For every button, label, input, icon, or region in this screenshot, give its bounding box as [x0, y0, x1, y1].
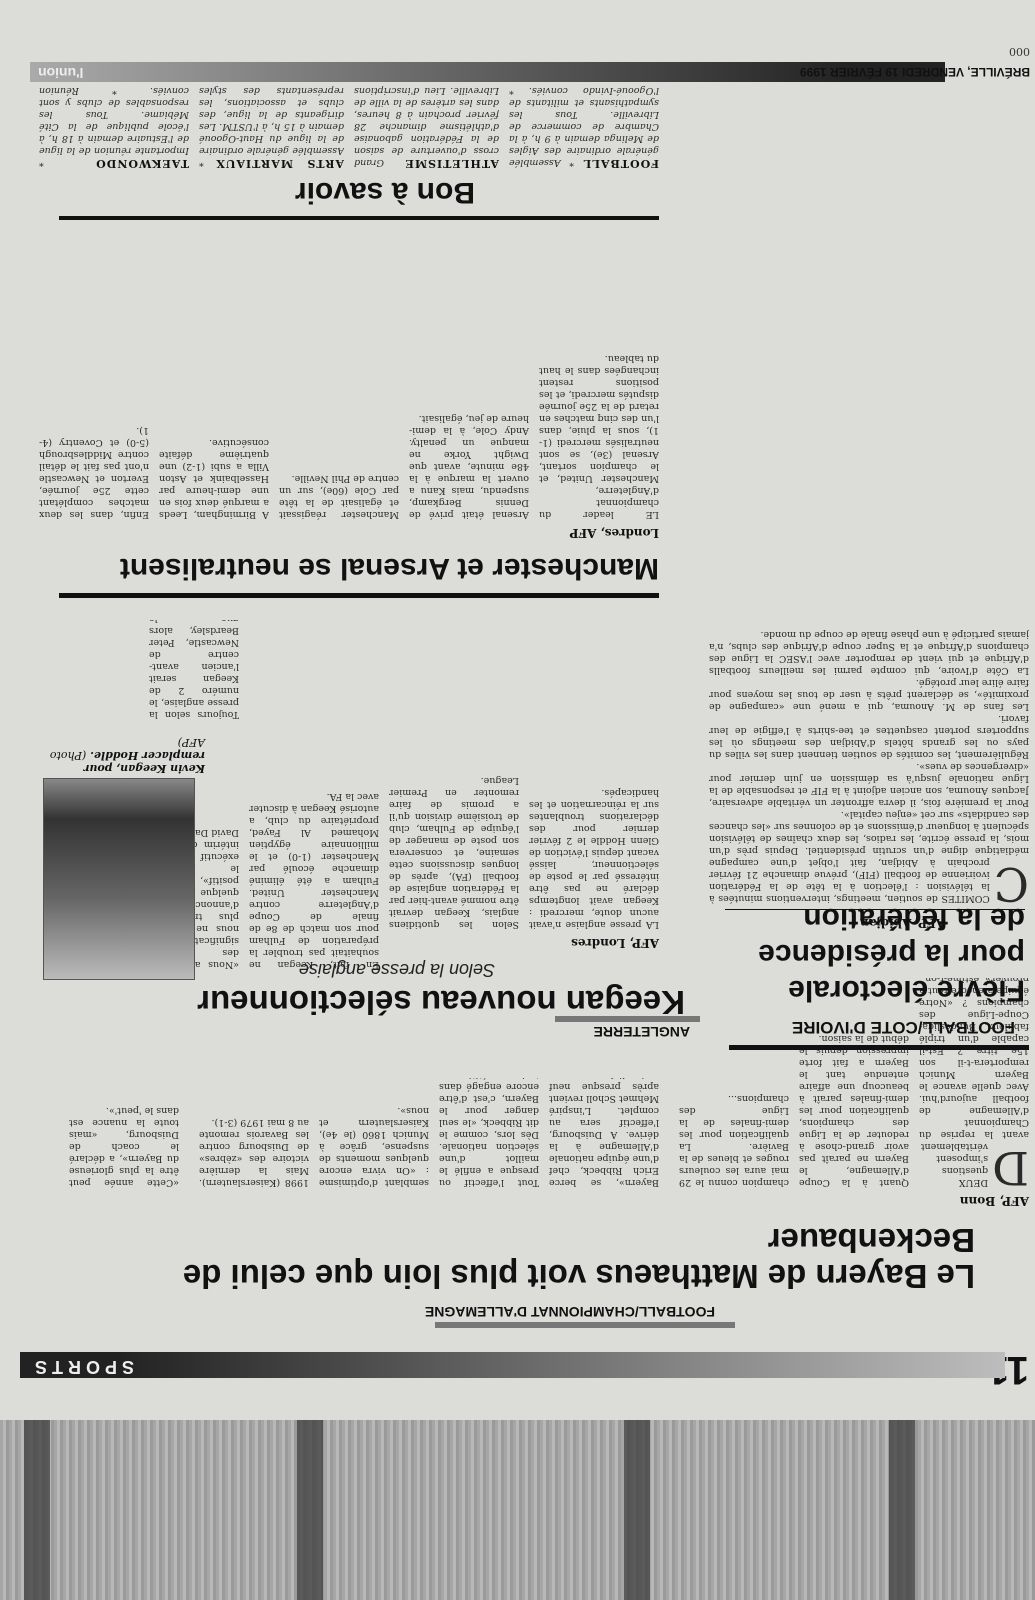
- divider: [725, 909, 1025, 910]
- newspaper-page: 11 SPORTS FOOTBALL/CHAMPIONNAT D'ALLEMAG…: [0, 0, 1035, 1600]
- bayern-col-4: Bayern», se berce Erich Ribbeck, chef d'…: [549, 1078, 659, 1188]
- bon-a-savoir-headline: Bon à savoir: [295, 174, 475, 210]
- manchester-col-3: Manchester réagissait et égalisait de la…: [279, 220, 399, 520]
- bayern-headline: Le Bayern de Matthaeus voit plus loin qu…: [55, 1222, 975, 1294]
- manchester-col-4: A Birmingham, Leeds a marqué deux fois e…: [159, 220, 269, 520]
- section-rule: [729, 1045, 1029, 1050]
- manchester-col-1: LE leader du championnat d'Angleterre, M…: [539, 220, 659, 520]
- bayern-col-2: Quant à la Coupe d'Allemagne, le Bayern …: [799, 978, 909, 1188]
- scan-margin: [0, 1420, 1035, 1600]
- drop-cap: C: [994, 864, 1029, 904]
- bayern-col-6: semblant d'optimisme : «On vivra encore …: [319, 1078, 429, 1188]
- manchester-byline: Londres, AFP: [570, 526, 659, 540]
- bayern-col-3: champion connu le 29 mai aura les couleu…: [679, 978, 789, 1188]
- ivoire-kicker: FOOTBALL/COTE D'IVOIRE: [792, 1017, 1015, 1037]
- bayern-byline: AFP, Bonn: [960, 1194, 1029, 1208]
- sports-page: 11 SPORTS FOOTBALL/CHAMPIONNAT D'ALLEMAG…: [0, 0, 1035, 1420]
- bayern-col-7: 1998 (Kaiserslautern). Mais la dernière …: [199, 1078, 309, 1188]
- manchester-col-2: Arsenal était privé de Dennis Bergkamp, …: [409, 220, 529, 520]
- footer-date: BRÉVILLE, VENDREDI 19 FÉVRIER 1999: [800, 65, 1030, 79]
- bon-athletisme: ATHLETISME Grand cross d'ouverture de sa…: [354, 85, 499, 170]
- bayern-col-5: Tout l'effectif ou presque a enfilé le m…: [439, 1078, 539, 1188]
- manchester-headline: Manchester et Arsenal se neutralisent: [39, 550, 659, 586]
- keegan-col-1: LA presse anglaise n'avait aucun doute, …: [529, 630, 659, 930]
- bayern-kicker: FOOTBALL/CHAMPIONNAT D'ALLEMAGNE: [425, 1304, 715, 1320]
- bon-football: FOOTBALL * Assemblée générale ordinaire …: [509, 85, 659, 170]
- manchester-col-5: Enfin, dans les deux matches complétant …: [39, 220, 149, 520]
- bayern-col-1: DDEUX questions s'imposent véritablement…: [919, 978, 1029, 1188]
- keegan-byline: AFP, Londres: [571, 936, 659, 950]
- ivoire-body: C COMITES de soutien, meetings, interven…: [709, 104, 1029, 904]
- bon-taekwondo: TAEKWONDO * Importante réunion de la lig…: [39, 85, 189, 170]
- keegan-col-5: Toujours selon la presse anglaise, le nu…: [149, 620, 239, 720]
- kicker-rule: [435, 1322, 735, 1328]
- keegan-headline: Keegan nouveau sélectionneur: [45, 984, 685, 1020]
- page-mark: 000: [1009, 45, 1030, 58]
- keegan-kicker: ANGLETERRE: [594, 1024, 690, 1040]
- section-rule: [59, 216, 659, 220]
- photo-caption: Kevin Keegan, pour remplacer Hoddle. (Ph…: [40, 736, 205, 775]
- keegan-col-3: En fait, Keegan ne souhaitait pas troubl…: [249, 630, 379, 970]
- newspaper-brand: l'union: [38, 65, 83, 81]
- bayern-col-8: «Cette année peut être la plus glorieuse…: [69, 1078, 179, 1188]
- section-banner: SPORTS: [20, 1352, 1005, 1378]
- section-rule: [59, 593, 659, 598]
- bon-arts-martiaux: ARTS MARTIAUX * Assemblée générale ordin…: [199, 85, 344, 170]
- keegan-col-2: Selon les quotidiens anglais, Keegan dev…: [389, 630, 519, 930]
- ivoire-byline: AFP, Abidjan: [860, 916, 945, 930]
- section-label: SPORTS: [30, 1356, 134, 1377]
- drop-cap: D: [992, 1148, 1029, 1188]
- keegan-photo: [43, 778, 195, 980]
